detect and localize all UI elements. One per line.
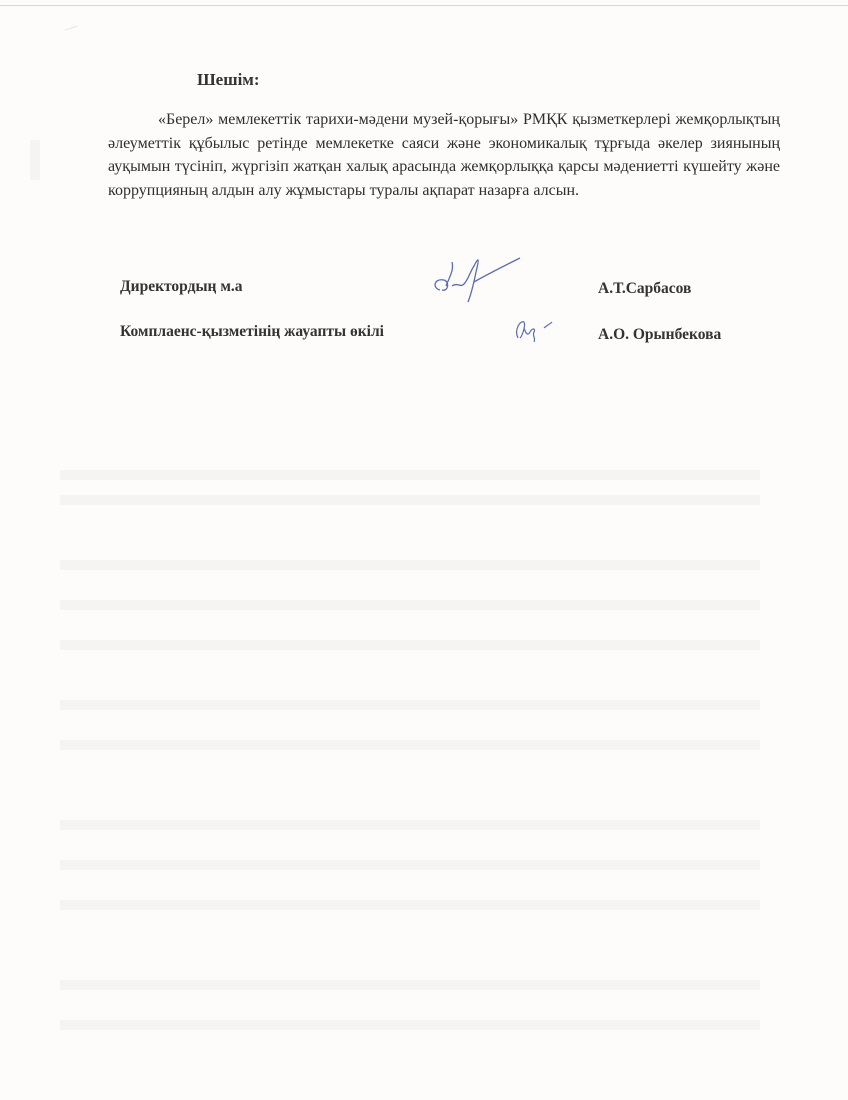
bleed-through-text [60, 470, 760, 480]
signatory-role-compliance: Комплаенс-қызметінің жауапты өкілі [120, 323, 384, 341]
bleed-through-text [60, 860, 760, 870]
scan-artifact: ~~~~ [64, 16, 104, 34]
bleed-through-text [60, 900, 760, 910]
bleed-through-text [60, 640, 760, 650]
bleed-through-text [60, 820, 760, 830]
bleed-through-text [60, 495, 760, 505]
signature-icon [428, 252, 528, 307]
bleed-through-text [60, 600, 760, 610]
bleed-through-text [60, 700, 760, 710]
signatory-name-compliance: А.О. Орынбекова [598, 326, 721, 344]
bleed-through-text [60, 560, 760, 570]
bleed-through-text [60, 740, 760, 750]
decision-heading: Шешім: [197, 70, 260, 90]
bleed-through-text [60, 980, 760, 990]
decision-paragraph: «Берел» мемлекеттік тарихи-мәдени музей-… [108, 108, 780, 202]
initials-icon [512, 314, 562, 344]
signatory-name-director: А.Т.Сарбасов [598, 280, 691, 298]
signatory-role-director: Директордың м.а [120, 278, 243, 296]
scan-edge-line [0, 5, 848, 6]
bleed-through-text [60, 1020, 760, 1030]
scan-artifact [30, 140, 40, 180]
